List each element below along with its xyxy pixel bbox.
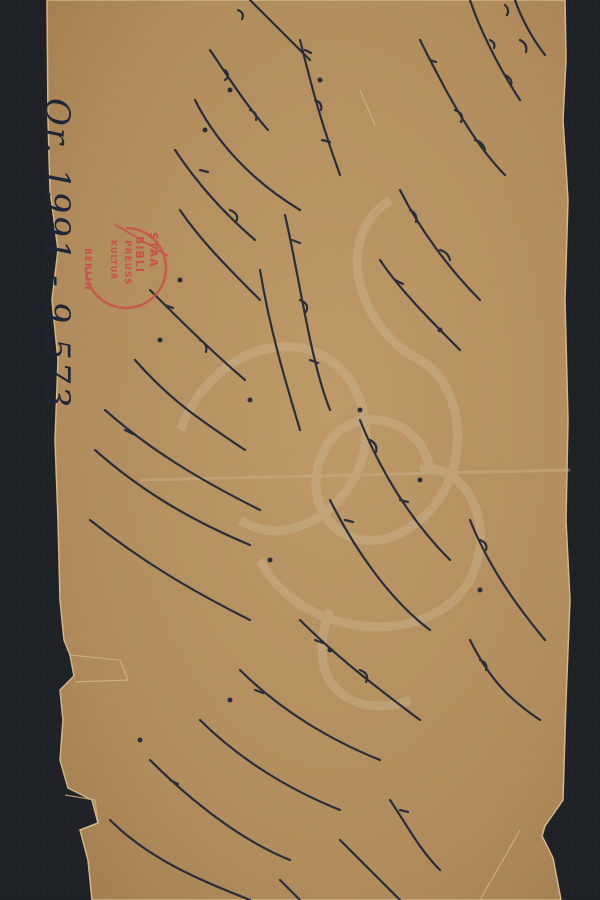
stamp-line-2: BIBLI [133, 236, 146, 273]
stamp-line-4: KULTUR [109, 240, 118, 280]
shelfmark: Or. 1991 - 9.573 [37, 98, 77, 398]
manuscript-page [0, 0, 600, 900]
stamp-line-5: BERLIN [82, 248, 92, 291]
library-stamp: STAA BIBLI PREUSS KULTUR BERLIN [80, 222, 172, 314]
stamp-line-3: PREUSS [122, 240, 132, 286]
stamp-line-1: STAA [147, 232, 160, 268]
